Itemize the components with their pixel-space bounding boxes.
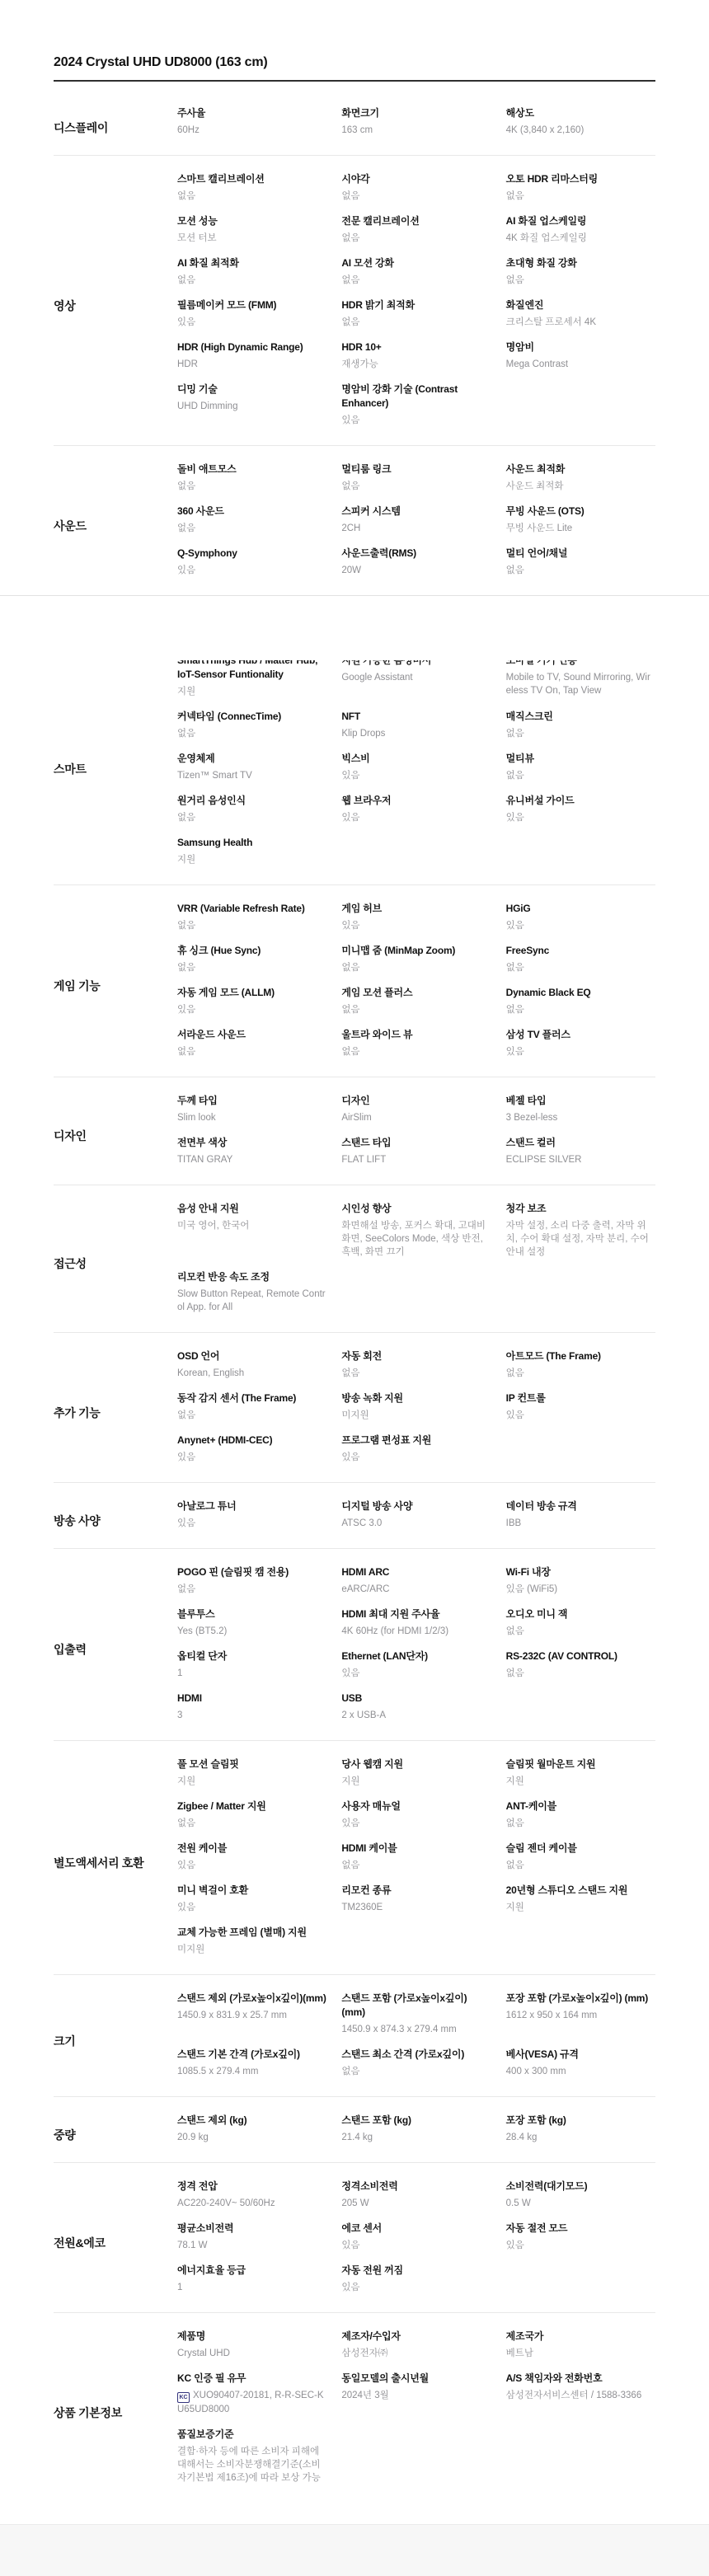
spec-label: 슬림 젠더 케이블 [506,1842,655,1856]
spec-item: HDMI ARC eARC/ARC [341,1565,491,1596]
spec-label: 오디오 미니 잭 [506,1607,655,1621]
spec-item: USB 2 x USB-A [341,1692,491,1722]
spec-label: 리모컨 반응 속도 조정 [177,1270,326,1284]
spec-value: 1 [177,2281,326,2294]
spec-item: AI 화질 업스케일링 4K 화질 업스케일링 [506,214,655,245]
spec-section-accessibility: 접근성 음성 안내 지원 미국 영어, 한국어 시인성 향상 화면해설 방송, … [54,1185,655,1332]
spec-table: 디스플레이 주사율 60Hz 화면크기 163 cm 해상도 4K (3,840… [54,90,655,2503]
spec-label: 해상도 [506,106,655,120]
spec-item: Ethernet (LAN단자) 있음 [341,1649,491,1680]
spec-item: HDMI 3 [177,1692,326,1722]
spec-item: 스탠드 포함 (kg) 21.4 kg [341,2114,491,2144]
spec-value: 1450.9 x 874.3 x 279.4 mm [341,2023,491,2036]
spec-label: 두께 타입 [177,1094,326,1108]
spec-item: 전원 케이블 있음 [177,1842,326,1872]
spec-label: 아날로그 튜너 [177,1499,326,1513]
spec-value: TITAN GRAY [177,1153,326,1166]
spec-item: 정격소비전력 205 W [341,2180,491,2210]
section-category-label: 크기 [54,1992,177,2090]
spec-label: 슬림핏 월마운트 지원 [506,1757,655,1771]
spec-section-product-info: 상품 기본정보 제품명 Crystal UHD 제조자/수입자 삼성전자㈜ 제조… [54,2312,655,2503]
spec-label: 리모컨 종류 [341,1884,491,1898]
spec-label: 돌비 애트모스 [177,462,326,476]
spec-item: 베사(VESA) 규격 400 x 300 mm [506,2048,655,2078]
spec-item: 동작 감지 센서 (The Frame) 없음 [177,1391,326,1422]
spec-item: 해상도 4K (3,840 x 2,160) [506,106,655,137]
spec-value: Korean, English [177,1367,326,1380]
spec-label: 스탠드 최소 간격 (가로x깊이) [341,2048,491,2062]
spec-label: 사운드출력(RMS) [341,547,491,561]
spec-value: FLAT LIFT [341,1153,491,1166]
spec-item: 스피커 시스템 2CH [341,504,491,535]
spec-label: 청각 보조 [506,1202,655,1216]
spec-value: 있음 [341,1451,491,1464]
spec-item: HDR 10+ 재생가능 [341,340,491,371]
spec-label: 미니 벽걸이 호환 [177,1884,326,1898]
spec-label: 제조자/수입자 [341,2330,491,2344]
spec-label: AI 화질 업스케일링 [506,214,655,228]
spec-value: 20W [341,564,491,577]
spec-label: 오토 HDR 리마스터링 [506,172,655,186]
spec-section-broadcast: 방송 사양 아날로그 튜너 있음 디지털 방송 사양 ATSC 3.0 데이터 … [54,1482,655,1548]
spec-label: 당사 웹캠 지원 [341,1757,491,1771]
spec-value: 없음 [341,480,491,493]
spec-value: 1 [177,1667,326,1680]
section-category-label: 디자인 [54,1094,177,1178]
section-category-label: 게임 기능 [54,902,177,1070]
spec-item: 스마트 캘리브레이션 없음 [177,172,326,203]
spec-item: ANT-케이블 없음 [506,1799,655,1830]
spec-value: 4K 60Hz (for HDMI 1/2/3) [341,1625,491,1638]
section-category-label: 입출력 [54,1565,177,1734]
spec-item: 청각 보조 자막 설정, 소리 다중 출력, 자막 위치, 수어 확대 설정, … [506,1202,655,1259]
spec-value: 있음 [506,1045,655,1058]
spec-label: 울트라 와이드 뷰 [341,1028,491,1042]
spec-label: 스마트 캘리브레이션 [177,172,326,186]
spec-item: 오토 HDR 리마스터링 없음 [506,172,655,203]
spec-item: 운영체제 Tizen™ Smart TV [177,752,326,782]
spec-item: 커넥타임 (ConnecTime) 없음 [177,710,326,740]
spec-item: 사용자 매뉴얼 있음 [341,1799,491,1830]
spec-label: Samsung Health [177,836,326,850]
spec-label: A/S 책임자와 전화번호 [506,2372,655,2386]
spec-value: KCXUO90407-20181, R-R-SEC-KU65UD8000 [177,2389,326,2416]
spec-item: 서라운드 사운드 없음 [177,1028,326,1058]
section-category-label: 영상 [54,172,177,439]
spec-item: 포장 포함 (kg) 28.4 kg [506,2114,655,2144]
spec-value: 163 cm [341,124,491,137]
spec-label: 명암비 [506,340,655,354]
spec-value: 1085.5 x 279.4 mm [177,2065,326,2078]
spec-value: 없음 [506,1003,655,1016]
spec-item: KC 인증 필 유무 KCXUO90407-20181, R-R-SEC-KU6… [177,2372,326,2416]
spec-item: 360 사운드 없음 [177,504,326,535]
spec-value: 없음 [341,1003,491,1016]
spec-label: 사운드 최적화 [506,462,655,476]
spec-item: 소비전력(대기모드) 0.5 W [506,2180,655,2210]
spec-label: 스탠드 컬러 [506,1136,655,1150]
spec-section-display: 디스플레이 주사율 60Hz 화면크기 163 cm 해상도 4K (3,840… [54,90,655,155]
spec-item: 제품명 Crystal UHD [177,2330,326,2360]
spec-item: 슬림 젠더 케이블 없음 [506,1842,655,1872]
section-items-grid: 스탠드 제외 (kg) 20.9 kg 스탠드 포함 (kg) 21.4 kg … [177,2114,655,2156]
spec-value: TM2360E [341,1901,491,1914]
spec-value: 없음 [177,190,326,203]
spec-value: 2CH [341,522,491,535]
spec-label: 제품명 [177,2330,326,2344]
spec-label: USB [341,1692,491,1706]
spec-label: 스탠드 포함 (kg) [341,2114,491,2128]
spec-label: 스탠드 제외 (가로x높이x깊이)(mm) [177,1992,326,2006]
spec-label: Q-Symphony [177,547,326,561]
section-category-label: 상품 기본정보 [54,2330,177,2496]
spec-label: OSD 언어 [177,1349,326,1363]
spec-label: 정격소비전력 [341,2180,491,2194]
section-items-grid: VRR (Variable Refresh Rate) 없음 게임 허브 있음 … [177,902,655,1070]
spec-value: 4K (3,840 x 2,160) [506,124,655,137]
spec-value: Tizen™ Smart TV [177,769,326,782]
spec-value: 없음 [341,316,491,329]
spec-item: 미니맵 줌 (MinMap Zoom) 없음 [341,944,491,974]
spec-label: 자동 회전 [341,1349,491,1363]
spec-item: 미니 벽걸이 호환 있음 [177,1884,326,1914]
spec-label: 시인성 향상 [341,1202,491,1216]
spec-label: 미니맵 줌 (MinMap Zoom) [341,944,491,958]
spec-label: 삼성 TV 플러스 [506,1028,655,1042]
spec-value: 없음 [177,1817,326,1830]
spec-item: 음성 안내 지원 미국 영어, 한국어 [177,1202,326,1259]
spec-label: 디자인 [341,1094,491,1108]
spec-label: 원거리 음성인식 [177,794,326,808]
spec-item: RS-232C (AV CONTROL) 없음 [506,1649,655,1680]
spec-value: HDR [177,358,326,371]
spec-item: 멀티뷰 없음 [506,752,655,782]
spec-label: 자동 게임 모드 (ALLM) [177,986,326,1000]
spec-label: 음성 안내 지원 [177,1202,326,1216]
spec-value: 지원 [506,1901,655,1914]
spec-label: Zigbee / Matter 지원 [177,1799,326,1814]
spec-value: 미지원 [177,1943,326,1956]
spec-label: HDMI 케이블 [341,1842,491,1856]
spec-value: 21.4 kg [341,2131,491,2144]
spec-label: 프로그램 편성표 지원 [341,1433,491,1448]
spec-value: 있음 [506,1409,655,1422]
section-items-grid: 스탠드 제외 (가로x높이x깊이)(mm) 1450.9 x 831.9 x 2… [177,1992,655,2090]
spec-item: 에코 센서 있음 [341,2222,491,2252]
spec-item: Dynamic Black EQ 없음 [506,986,655,1016]
spec-label: 동작 감지 센서 (The Frame) [177,1391,326,1405]
spec-item: 동일모델의 출시년월 2024년 3월 [341,2372,491,2416]
spec-value: 있음 [177,1517,326,1530]
spec-label: 옵티컬 단자 [177,1649,326,1663]
spec-value: 미국 영어, 한국어 [177,1219,326,1232]
spec-item: 아날로그 튜너 있음 [177,1499,326,1530]
spec-item: 전면부 색상 TITAN GRAY [177,1136,326,1166]
spec-section-weight: 중량 스탠드 제외 (kg) 20.9 kg 스탠드 포함 (kg) 21.4 … [54,2096,655,2162]
spec-page: 2024 Crystal UHD UD8000 (163 cm) 디스플레이 주… [0,9,709,2503]
spec-value: 삼성전자서비스센터 / 1588-3366 [506,2389,655,2402]
spec-item: 20년형 스튜디오 스탠드 지원 지원 [506,1884,655,1914]
spec-item: VRR (Variable Refresh Rate) 없음 [177,902,326,932]
spec-item: 풀 모션 슬림핏 지원 [177,1757,326,1788]
spec-value: eARC/ARC [341,1583,491,1596]
spec-value: Mega Contrast [506,358,655,371]
spec-label: 품질보증기준 [177,2428,326,2442]
spec-item: 스탠드 포함 (가로x높이x깊이) (mm) 1450.9 x 874.3 x … [341,1992,491,2036]
spec-value: 없음 [341,2065,491,2078]
spec-label: 제조국가 [506,2330,655,2344]
spec-label: RS-232C (AV CONTROL) [506,1649,655,1663]
spec-item: 제조국가 베트남 [506,2330,655,2360]
spec-value: 있음 [341,1817,491,1830]
spec-value: 없음 [341,1367,491,1380]
spec-label: AI 모션 강화 [341,256,491,270]
spec-value: 있음 [341,769,491,782]
spec-value: 없음 [177,961,326,974]
spec-value: 없음 [506,564,655,577]
spec-label: 평균소비전력 [177,2222,326,2236]
spec-item: 리모컨 반응 속도 조정 Slow Button Repeat, Remote … [177,1270,326,1314]
spec-label: 초대형 화질 강화 [506,256,655,270]
spec-label: 멀티뷰 [506,752,655,766]
spec-value: 1450.9 x 831.9 x 25.7 mm [177,2009,326,2022]
section-items-grid: 돌비 애트모스 없음 멀티룸 링크 없음 사운드 최적화 사운드 최적화 360… [177,462,655,589]
spec-label: 에코 센서 [341,2222,491,2236]
section-items-grid: 제품명 Crystal UHD 제조자/수입자 삼성전자㈜ 제조국가 베트남 K… [177,2330,655,2496]
spec-label: 필름메이커 모드 (FMM) [177,298,326,312]
spec-value: 없음 [506,1817,655,1830]
spec-item: IP 컨트롤 있음 [506,1391,655,1422]
spec-section-io: 입출력 POGO 핀 (슬림핏 캠 전용) 없음 HDMI ARC eARC/A… [54,1548,655,1740]
spec-label: 아트모드 (The Frame) [506,1349,655,1363]
spec-item: 블루투스 Yes (BT5.2) [177,1607,326,1638]
spec-label: HDR 밝기 최적화 [341,298,491,312]
spec-value: Google Assistant [341,671,491,684]
spec-item: 게임 허브 있음 [341,902,491,932]
spec-item: 디밍 기술 UHD Dimming [177,382,326,427]
spec-item: 화질엔진 크리스탈 프로세서 4K [506,298,655,329]
spec-value: 없음 [506,1367,655,1380]
spec-value: 없음 [341,1859,491,1872]
spec-item: 멀티 언어/채널 없음 [506,547,655,577]
spec-value: 0.5 W [506,2197,655,2210]
spec-label: 에너지효율 등급 [177,2264,326,2278]
spec-value: 크리스탈 프로세서 4K [506,316,655,329]
spec-label: IoT-Sensor Funtionality [177,668,326,682]
spec-value: 있음 [506,919,655,932]
spec-value: Klip Drops [341,727,491,740]
spec-label: 교체 가능한 프레임 (별매) 지원 [177,1926,326,1940]
spec-label: IP 컨트롤 [506,1391,655,1405]
spec-label-clipped: 모바일 기기 연동 [506,660,655,668]
spec-value: 205 W [341,2197,491,2210]
spec-value: 재생가능 [341,358,491,371]
spec-label: 화면크기 [341,106,491,120]
spec-item: OSD 언어 Korean, English [177,1349,326,1380]
spec-value: IBB [506,1517,655,1530]
spec-item: 자동 전원 꺼짐 있음 [341,2264,491,2294]
spec-value: 없음 [177,274,326,287]
section-category-label: 스마트 [54,660,177,878]
spec-label: 데이터 방송 규격 [506,1499,655,1513]
spec-label: 화질엔진 [506,298,655,312]
spec-item: 지원 가능한 음성비서 Google Assistant [341,660,491,698]
spec-section-smart: 스마트 SmartThings Hub / Matter Hub, IoT-Se… [54,644,655,884]
spec-value: 자막 설정, 소리 다중 출력, 자막 위치, 수어 확대 설정, 자막 분리,… [506,1219,655,1259]
kc-certification-icon: KC [177,2392,190,2403]
section-category-label: 디스플레이 [54,106,177,148]
spec-item: 리모컨 종류 TM2360E [341,1884,491,1914]
section-items-grid: POGO 핀 (슬림핏 캠 전용) 없음 HDMI ARC eARC/ARC W… [177,1565,655,1734]
spec-value: 없음 [177,522,326,535]
spec-item: 게임 모션 플러스 없음 [341,986,491,1016]
spec-label: 블루투스 [177,1607,326,1621]
spec-value: 있음 [341,2281,491,2294]
spec-item: Q-Symphony 있음 [177,547,326,577]
spec-item: 오디오 미니 잭 없음 [506,1607,655,1638]
spec-label: 스탠드 제외 (kg) [177,2114,326,2128]
spec-label: 베사(VESA) 규격 [506,2048,655,2062]
spec-label: 사용자 매뉴얼 [341,1799,491,1814]
spec-value: 있음 [341,1667,491,1680]
spec-value: 없음 [506,961,655,974]
spec-label: 전면부 색상 [177,1136,326,1150]
spec-value: 없음 [506,1625,655,1638]
spec-label: 전문 캘리브레이션 [341,214,491,228]
spec-value: ECLIPSE SILVER [506,1153,655,1166]
spec-item: 사운드 최적화 사운드 최적화 [506,462,655,493]
spec-item: Zigbee / Matter 지원 없음 [177,1799,326,1830]
spec-label: 웹 브라우저 [341,794,491,808]
spec-label: 명암비 강화 기술 (Contrast Enhancer) [341,382,491,411]
spec-item: 슬림핏 월마운트 지원 지원 [506,1757,655,1788]
spec-value: 있음 [177,316,326,329]
spec-label: 커넥타임 (ConnecTime) [177,710,326,724]
spec-label: 멀티룸 링크 [341,462,491,476]
spec-value: AirSlim [341,1111,491,1124]
spec-value: 있음 (WiFi5) [506,1583,655,1596]
section-category-label: 접근성 [54,1202,177,1326]
spec-item: NFT Klip Drops [341,710,491,740]
page-title: 2024 Crystal UHD UD8000 (163 cm) [54,9,655,82]
spec-item: 화면크기 163 cm [341,106,491,137]
spec-item: 필름메이커 모드 (FMM) 있음 [177,298,326,329]
spec-label: VRR (Variable Refresh Rate) [177,902,326,916]
spec-label: 풀 모션 슬림핏 [177,1757,326,1771]
spec-item: 자동 절전 모드 있음 [506,2222,655,2252]
spec-label: 운영체제 [177,752,326,766]
spec-label: 자동 절전 모드 [506,2222,655,2236]
spec-value: 베트남 [506,2347,655,2360]
section-category-label: 전원&에코 [54,2180,177,2306]
spec-item: 전문 캘리브레이션 없음 [341,214,491,245]
spec-item: 제조자/수입자 삼성전자㈜ [341,2330,491,2360]
spec-value: 1612 x 950 x 164 mm [506,2009,655,2022]
spec-label: 주사율 [177,106,326,120]
spec-value: 400 x 300 mm [506,2065,655,2078]
spec-label: AI 화질 최적화 [177,256,326,270]
spec-value: Crystal UHD [177,2347,326,2360]
spec-item: AI 모션 강화 없음 [341,256,491,287]
spec-section-additional: 추가 기능 OSD 언어 Korean, English 자동 회전 없음 아트… [54,1332,655,1482]
spec-value: 60Hz [177,124,326,137]
spec-item: 스탠드 타입 FLAT LIFT [341,1136,491,1166]
section-items-grid: 주사율 60Hz 화면크기 163 cm 해상도 4K (3,840 x 2,1… [177,106,655,148]
spec-value: 2 x USB-A [341,1709,491,1722]
page-stitch-divider [0,595,709,644]
spec-value: 삼성전자㈜ [341,2347,491,2360]
spec-value: 지원 [177,1775,326,1788]
spec-label: NFT [341,710,491,724]
spec-section-video: 영상 스마트 캘리브레이션 없음 시야각 없음 오토 HDR 리마스터링 없음 … [54,155,655,445]
spec-item: 유니버설 가이드 있음 [506,794,655,824]
spec-value: Slim look [177,1111,326,1124]
spec-value: 있음 [506,811,655,824]
section-items-grid: 두께 타입 Slim look 디자인 AirSlim 베젤 타입 3 Beze… [177,1094,655,1178]
spec-value: 없음 [177,811,326,824]
spec-label: 매직스크린 [506,710,655,724]
spec-label: 게임 허브 [341,902,491,916]
spec-label: HDMI ARC [341,1565,491,1579]
spec-item: 모바일 기기 연동 Mobile to TV, Sound Mirroring,… [506,660,655,698]
section-category-label: 방송 사양 [54,1499,177,1541]
spec-label: 동일모델의 출시년월 [341,2372,491,2386]
spec-label: 시야각 [341,172,491,186]
spec-label: 디지털 방송 사양 [341,1499,491,1513]
spec-value: 무빙 사운드 Lite [506,522,655,535]
spec-item: 사운드출력(RMS) 20W [341,547,491,577]
spec-label: HDMI 최대 지원 주사율 [341,1607,491,1621]
spec-label: 디밍 기술 [177,382,326,396]
spec-value: 2024년 3월 [341,2389,491,2402]
spec-item: HDMI 케이블 없음 [341,1842,491,1872]
spec-item: 울트라 와이드 뷰 없음 [341,1028,491,1058]
spec-item: 자동 게임 모드 (ALLM) 있음 [177,986,326,1016]
spec-label: 스피커 시스템 [341,504,491,518]
spec-value: 지원 [506,1775,655,1788]
spec-item: 휴 싱크 (Hue Sync) 없음 [177,944,326,974]
spec-item: POGO 핀 (슬림핏 캠 전용) 없음 [177,1565,326,1596]
spec-label: POGO 핀 (슬림핏 캠 전용) [177,1565,326,1579]
spec-label: 스탠드 타입 [341,1136,491,1150]
spec-label: 서라운드 사운드 [177,1028,326,1042]
spec-value: 지원 [177,685,326,698]
spec-label: Dynamic Black EQ [506,986,655,1000]
spec-value: 있음 [177,1859,326,1872]
spec-value: 없음 [506,1667,655,1680]
spec-label: 포장 포함 (kg) [506,2114,655,2128]
spec-value: 없음 [341,1045,491,1058]
spec-item: HDMI 최대 지원 주사율 4K 60Hz (for HDMI 1/2/3) [341,1607,491,1638]
spec-label: 멀티 언어/채널 [506,547,655,561]
page-footer [0,2524,709,2576]
spec-value: Mobile to TV, Sound Mirroring, Wireless … [506,671,655,697]
spec-item: 옵티컬 단자 1 [177,1649,326,1680]
section-category-label: 별도액세서리 호환 [54,1757,177,1968]
spec-item: 품질보증기준 결함·하자 등에 따른 소비자 피해에 대해서는 소비자분쟁해결기… [177,2428,326,2485]
spec-item: HDR (High Dynamic Range) HDR [177,340,326,371]
spec-item: 시인성 향상 화면해설 방송, 포커스 확대, 고대비 화면, SeeColor… [341,1202,491,1259]
spec-item: 스탠드 제외 (가로x높이x깊이)(mm) 1450.9 x 831.9 x 2… [177,1992,326,2036]
section-category-label: 사운드 [54,462,177,589]
spec-label: KC 인증 필 유무 [177,2372,326,2386]
spec-value: Yes (BT5.2) [177,1625,326,1638]
spec-label: 전원 케이블 [177,1842,326,1856]
spec-item: 빅스비 있음 [341,752,491,782]
spec-item: AI 화질 최적화 없음 [177,256,326,287]
section-items-grid: 풀 모션 슬림핏 지원 당사 웹캠 지원 지원 슬림핏 월마운트 지원 지원 Z… [177,1757,655,1968]
spec-item: 돌비 애트모스 없음 [177,462,326,493]
